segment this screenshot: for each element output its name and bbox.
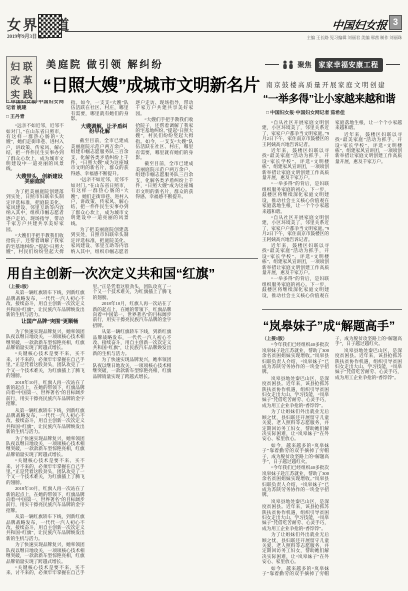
focus-column-logo: 聚焦 家家幸福安康工程	[262, 57, 402, 72]
article2-paragraph: 为了快速实现品牌复兴，她率领团队夜以继日地攻关，一项项核心技术相继突破，一款款新…	[6, 329, 85, 351]
focus-paragraph: 近年来，鼓楼区妇联以寻找“最美家庭”活动为抓手，开设“家长学校”、评选“文明楼栋…	[335, 132, 402, 164]
focus-logo-banner: 家家幸福安康工程	[315, 58, 383, 72]
family-figures-icon	[282, 60, 295, 70]
article2-paragraph: 从第一辆红旗轿车下线，到新红旗品牌战略发布，一代代一汽人初心不改、接续奋斗，用自…	[93, 329, 172, 356]
article1-kicker: 美庭院 做引领 解纠纷	[46, 56, 164, 71]
article-divider	[6, 258, 258, 259]
article1-headline: “日照大嫂”成城市文明新名片	[43, 71, 260, 96]
article3-body: （上接1版） “今年我们已经组织40多批次岚皋妹子赴江苏就业，帮助了300余名贫…	[262, 336, 402, 578]
article-divider	[262, 309, 402, 310]
article1-body: □ 中国妇女报·中国妇女网记者 姚建 □ 王丹青 “远亲不如近邻，近邻不如对门。…	[6, 100, 258, 255]
article3-headline: “岚皋妹子”成“解题高手”	[263, 317, 395, 334]
article2-paragraph: 2018年10月，红旗人再一次站在了新的起点上，在她的带领下，红旗品牌向着“中国…	[6, 486, 85, 513]
article2-paragraph: 2018年10月，红旗人再一次站在了新的起点上，在她的带领下，红旗品牌向着“中国…	[6, 380, 85, 407]
newspaper-page: 女界报道 2019年9月3日 星期二 中国妇女报 3 主编 王长路 见习编辑 刘…	[0, 0, 408, 591]
column-badge-fulian-gaige-shijian: 妇 联 改 革 实 践	[6, 56, 37, 103]
page-number-badge: 3	[389, 15, 402, 30]
article3-paragraph: 岚皋县地处秦巴山区，是深度贫困县。近年来，该县抢抓苏陕扶贫协作机遇，组织引导贫困…	[262, 499, 329, 531]
qr-code-icon	[39, 15, 61, 37]
article3-paragraph: 如今，越来越多的“岚皋妹子”靠着勤劳的双手摘掉了穷帽子，成为脱贫攻坚路上的“解题…	[262, 443, 329, 465]
article1-subhead: 大嫂调解，让矛盾纠纷早化解	[71, 125, 129, 136]
focus-headline: “一举多得”让小家越来越和谐	[263, 91, 395, 106]
focus-paragraph: 近年来，鼓楼区妇联以寻找“最美家庭”活动为抓手，开设“家长学校”、评选“文明楼栋…	[262, 243, 329, 275]
article1-byline: □ 中国妇女报·中国妇女网记者 姚建	[6, 100, 64, 113]
article2-paragraph: 从第一辆红旗轿车下线，到新红旗品牌战略发布，一代代一汽人初心不改、接续奋斗，用自…	[6, 290, 85, 317]
article2-subhead: 让国产品牌“突围”更顺畅	[6, 320, 85, 325]
badge-char: 革	[23, 73, 33, 87]
article1-paragraph: 截至目前，全市已建成美丽庭院示范户两万余户，组建巾帼志愿服务队三百余支，化解各类…	[136, 161, 194, 199]
focus-kicker: 南京鼓楼高质量开展家庭文明创建	[266, 80, 386, 89]
article3-paragraph: 岚皋县地处秦巴山区，是深度贫困县。近年来，该县抢抓苏陕扶贫协作机遇，组织引导贫困…	[335, 348, 402, 380]
article3-paragraph: 为了让姐妹们外出就业无后顾之忧，县妇联还开展留守儿童关爱、老人照料等志愿服务，并…	[262, 532, 329, 564]
article3-paragraph: 岚皋县地处秦巴山区，是深度贫困县。近年来，该县抢抓苏陕扶贫协作机遇，组织引导贫困…	[262, 376, 329, 408]
article2-paragraph: 从第一辆红旗轿车下线，到新红旗品牌战略发布，一代代一汽人初心不改、接续奋斗，用自…	[6, 408, 85, 435]
article1-paragraph: “远亲不如近邻，近邻不如对门。”在山东省日照市，有这样一群热心肠的“大嫂”，她们…	[6, 123, 64, 172]
article1-paragraph: 截至目前，全市已建成美丽庭院示范户两万余户，组建巾帼志愿服务队三百余支，化解各类…	[71, 138, 129, 176]
staff-credits: 主编 王长路 见习编辑 刘丽君 美编 邢茜 制作 刘丽珠	[307, 35, 402, 41]
focus-paragraph: “一举多得”的背后，是妇联组织服务家庭的初心。下一步，鼓楼区将继续深化家庭文明建…	[262, 181, 329, 213]
article2-paragraph: 从第一辆红旗轿车下线，到新红旗品牌战略发布，一代代一汽人初心不改、接续奋斗，用自…	[6, 514, 85, 541]
article2-paragraph: “关键核心技术是要不来、买不来、讨不来的，必须牢牢掌握在自己手里。”正是凭着这股…	[6, 351, 85, 378]
badge-char: 妇	[10, 59, 20, 73]
article2-paragraph: 为了快速实现品牌复兴，她率领团队夜以继日地攻关，一项项核心技术相继突破，一款款新…	[6, 542, 85, 564]
article1-subhead: 大嫂带头，创新建设美丽庭院	[6, 175, 64, 186]
article2-paragraph: 为了快速实现品牌复兴，她率领团队夜以继日地攻关，一项项核心技术相继突破，一款款新…	[6, 436, 85, 458]
logo-dash	[386, 64, 400, 65]
badge-char: 改	[10, 73, 20, 87]
logo-dash	[265, 64, 279, 65]
article3-paragraph: “今年我们已经组织40多批次岚皋妹子赴江苏就业，帮助了300余名贫困姐妹实现增收…	[262, 465, 329, 497]
badge-char: 联	[23, 59, 33, 73]
article3-continued-note: （上接1版）	[262, 336, 329, 341]
article1-byline: □ 王丹青	[6, 115, 64, 121]
badge-char: 践	[23, 87, 33, 101]
article2-body: （上接1版） 从第一辆红旗轿车下线，到新红旗品牌战略发布，一代代一汽人初心不改、…	[6, 284, 258, 578]
article3-paragraph: “今年我们已经组织40多批次岚皋妹子赴江苏就业，帮助了300余名贫困姐妹实现增收…	[262, 342, 329, 374]
article1-paragraph: 为了把美丽庭院创建落到实处，日照市妇联牵头制定评选标准，把庭院美化、家风建设、邻…	[6, 189, 64, 232]
focus-paragraph: “自从社区开展家庭文明创建，小区环境美了，邻里关系近了，家家户户都争当文明家庭。…	[262, 215, 329, 242]
article2-continued-note: （上接1版）	[6, 284, 85, 289]
article3-paragraph: 为了让姐妹们外出就业无后顾之忧，县妇联还开展留守儿童关爱、老人照料等志愿服务，并…	[262, 409, 329, 441]
focus-byline: □ 中国妇女报·中国妇女网记者 茹希佳	[266, 109, 345, 116]
article1-paragraph: “大嫂们手把手教我们收拾院子，还帮着调解了我家的宅基地纠纷。”提起“日照大嫂”，…	[136, 117, 194, 160]
focus-body: “自从社区开展家庭文明创建，小区环境美了，邻里关系近了，家家户户都争当文明家庭。…	[262, 120, 402, 304]
masthead-logo: 中国妇女报	[331, 17, 388, 33]
article2-paragraph: 为了快速实现品牌复兴，她率领团队夜以继日地攻关，一项项核心技术相继突破，一款款新…	[93, 357, 172, 379]
focus-paragraph: 近年来，鼓楼区妇联以寻找“最美家庭”活动为抓手，开设“家长学校”、评选“文明楼栋…	[262, 148, 329, 180]
article2-paragraph: 2018年10月，红旗人再一次站在了新的起点上，在她的带领下，红旗品牌向着“中国…	[93, 301, 172, 328]
focus-paragraph: “自从社区开展家庭文明创建，小区环境美了，邻里关系近了，家家户户都争当文明家庭。…	[262, 120, 329, 147]
article1-paragraph: “远亲不如近邻，近邻不如对门。”在山东省日照市，有这样一群热心肠的“大嫂”，她们…	[71, 177, 129, 226]
focus-logo-prefix: 聚焦	[298, 60, 312, 70]
badge-char: 实	[10, 87, 20, 101]
article2-headline: 用自主创新一次次定义共和国“红旗”	[7, 263, 215, 282]
article2-paragraph: “关键核心技术是要不来、买不来、讨不来的，必须牢牢掌握在自己手里。”正是凭着这股…	[6, 458, 85, 485]
